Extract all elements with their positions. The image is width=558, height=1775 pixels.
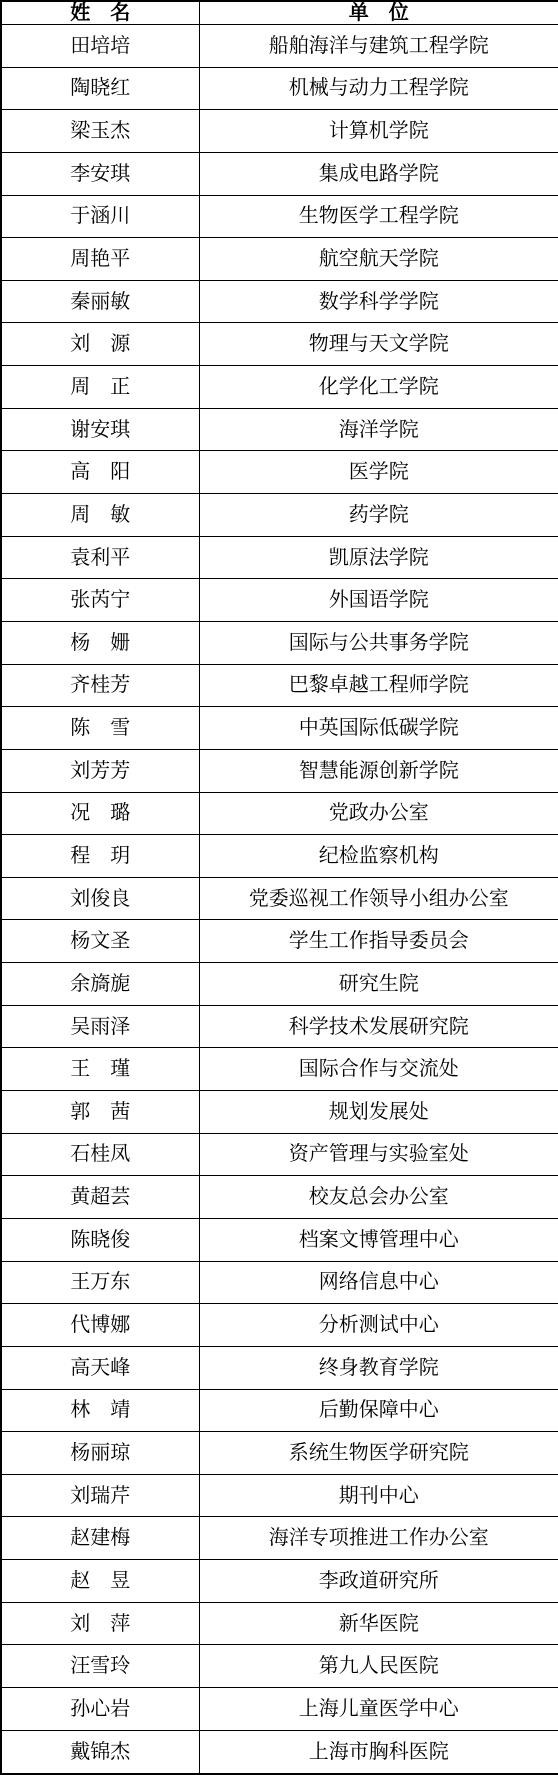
person-name: 梁玉杰 bbox=[1, 110, 199, 153]
person-unit: 分析测试中心 bbox=[199, 1304, 558, 1347]
person-unit: 李政道研究所 bbox=[199, 1560, 558, 1603]
table-row: 王万东 网络信息中心 bbox=[1, 1261, 558, 1304]
person-name: 田培培 bbox=[1, 25, 199, 68]
person-unit: 校友总会办公室 bbox=[199, 1176, 558, 1219]
table-row: 周 正 化学化工学院 bbox=[1, 366, 558, 409]
person-unit: 党委巡视工作领导小组办公室 bbox=[199, 877, 558, 920]
table-row: 汪雪玲 第九人民医院 bbox=[1, 1645, 558, 1688]
table-row: 田培培 船舶海洋与建筑工程学院 bbox=[1, 25, 558, 68]
table-row: 袁利平 凯原法学院 bbox=[1, 536, 558, 579]
person-unit: 新华医院 bbox=[199, 1602, 558, 1645]
person-unit: 资产管理与实验室处 bbox=[199, 1133, 558, 1176]
table-row: 代博娜 分析测试中心 bbox=[1, 1304, 558, 1347]
person-name: 林 靖 bbox=[1, 1389, 199, 1432]
person-name: 代博娜 bbox=[1, 1304, 199, 1347]
table-row: 刘瑞芹 期刊中心 bbox=[1, 1474, 558, 1517]
person-unit: 档案文博管理中心 bbox=[199, 1218, 558, 1261]
person-unit: 上海市胸科医院 bbox=[199, 1730, 558, 1774]
person-unit: 机械与动力工程学院 bbox=[199, 67, 558, 110]
table-row: 齐桂芳 巴黎卓越工程师学院 bbox=[1, 664, 558, 707]
table-row: 郭 茜 规划发展处 bbox=[1, 1091, 558, 1134]
person-unit: 船舶海洋与建筑工程学院 bbox=[199, 25, 558, 68]
table-row: 林 靖 后勤保障中心 bbox=[1, 1389, 558, 1432]
person-name: 高天峰 bbox=[1, 1346, 199, 1389]
person-unit: 规划发展处 bbox=[199, 1091, 558, 1134]
person-name: 周 敏 bbox=[1, 494, 199, 537]
table-row: 吴雨泽 科学技术发展研究院 bbox=[1, 1005, 558, 1048]
table-row: 陶晓红 机械与动力工程学院 bbox=[1, 67, 558, 110]
person-name: 杨丽琼 bbox=[1, 1432, 199, 1475]
person-unit: 网络信息中心 bbox=[199, 1261, 558, 1304]
person-unit: 中英国际低碳学院 bbox=[199, 707, 558, 750]
table-row: 况 璐 党政办公室 bbox=[1, 792, 558, 835]
person-unit: 药学院 bbox=[199, 494, 558, 537]
person-unit: 凯原法学院 bbox=[199, 536, 558, 579]
person-name: 杨文圣 bbox=[1, 920, 199, 963]
person-name: 刘俊良 bbox=[1, 877, 199, 920]
person-name: 吴雨泽 bbox=[1, 1005, 199, 1048]
table-row: 秦丽敏 数学科学学院 bbox=[1, 280, 558, 323]
person-name: 张芮宁 bbox=[1, 579, 199, 622]
personnel-roster-table: 姓 名 单 位 田培培 船舶海洋与建筑工程学院 陶晓红 机械与动力工程学院 梁玉… bbox=[0, 0, 558, 1775]
table-row: 孙心岩 上海儿童医学中心 bbox=[1, 1687, 558, 1730]
person-name: 杨 姗 bbox=[1, 621, 199, 664]
person-name: 高 阳 bbox=[1, 451, 199, 494]
table-row: 余旖旎 研究生院 bbox=[1, 963, 558, 1006]
table-row: 王 瑾 国际合作与交流处 bbox=[1, 1048, 558, 1091]
person-unit: 海洋学院 bbox=[199, 408, 558, 451]
person-unit: 党政办公室 bbox=[199, 792, 558, 835]
table-row: 陈 雪 中英国际低碳学院 bbox=[1, 707, 558, 750]
person-unit: 计算机学院 bbox=[199, 110, 558, 153]
table-row: 石桂凤 资产管理与实验室处 bbox=[1, 1133, 558, 1176]
person-unit: 数学科学学院 bbox=[199, 280, 558, 323]
person-name: 汪雪玲 bbox=[1, 1645, 199, 1688]
table-row: 杨 姗 国际与公共事务学院 bbox=[1, 621, 558, 664]
person-unit: 系统生物医学研究院 bbox=[199, 1432, 558, 1475]
table-row: 高天峰 终身教育学院 bbox=[1, 1346, 558, 1389]
table-row: 程 玥 纪检监察机构 bbox=[1, 835, 558, 878]
person-name: 王万东 bbox=[1, 1261, 199, 1304]
table-row: 周艳平 航空航天学院 bbox=[1, 238, 558, 281]
table-row: 刘 萍 新华医院 bbox=[1, 1602, 558, 1645]
person-unit: 物理与天文学院 bbox=[199, 323, 558, 366]
person-unit: 第九人民医院 bbox=[199, 1645, 558, 1688]
table-row: 刘芳芳 智慧能源创新学院 bbox=[1, 749, 558, 792]
table-row: 赵 昱 李政道研究所 bbox=[1, 1560, 558, 1603]
person-name: 戴锦杰 bbox=[1, 1730, 199, 1774]
person-unit: 海洋专项推进工作办公室 bbox=[199, 1517, 558, 1560]
person-unit: 巴黎卓越工程师学院 bbox=[199, 664, 558, 707]
person-name: 赵 昱 bbox=[1, 1560, 199, 1603]
person-name: 孙心岩 bbox=[1, 1687, 199, 1730]
person-name: 况 璐 bbox=[1, 792, 199, 835]
person-unit: 智慧能源创新学院 bbox=[199, 749, 558, 792]
table-row: 黄超芸 校友总会办公室 bbox=[1, 1176, 558, 1219]
person-name: 石桂凤 bbox=[1, 1133, 199, 1176]
person-name: 赵建梅 bbox=[1, 1517, 199, 1560]
table-row: 于涵川 生物医学工程学院 bbox=[1, 195, 558, 238]
person-name: 刘芳芳 bbox=[1, 749, 199, 792]
person-unit: 学生工作指导委员会 bbox=[199, 920, 558, 963]
person-name: 黄超芸 bbox=[1, 1176, 199, 1219]
person-name: 王 瑾 bbox=[1, 1048, 199, 1091]
table-row: 戴锦杰 上海市胸科医院 bbox=[1, 1730, 558, 1774]
table-row: 周 敏 药学院 bbox=[1, 494, 558, 537]
header-cell-name: 姓 名 bbox=[1, 1, 199, 25]
person-name: 陈晓俊 bbox=[1, 1218, 199, 1261]
person-unit: 生物医学工程学院 bbox=[199, 195, 558, 238]
table-row: 张芮宁 外国语学院 bbox=[1, 579, 558, 622]
person-unit: 科学技术发展研究院 bbox=[199, 1005, 558, 1048]
table-row: 杨文圣 学生工作指导委员会 bbox=[1, 920, 558, 963]
header-row: 姓 名 单 位 bbox=[1, 1, 558, 25]
person-name: 袁利平 bbox=[1, 536, 199, 579]
person-unit: 化学化工学院 bbox=[199, 366, 558, 409]
person-unit: 航空航天学院 bbox=[199, 238, 558, 281]
person-unit: 国际合作与交流处 bbox=[199, 1048, 558, 1091]
person-name: 齐桂芳 bbox=[1, 664, 199, 707]
table-row: 赵建梅 海洋专项推进工作办公室 bbox=[1, 1517, 558, 1560]
header-cell-unit: 单 位 bbox=[199, 1, 558, 25]
person-name: 周 正 bbox=[1, 366, 199, 409]
person-name: 余旖旎 bbox=[1, 963, 199, 1006]
table-row: 陈晓俊 档案文博管理中心 bbox=[1, 1218, 558, 1261]
person-unit: 医学院 bbox=[199, 451, 558, 494]
person-name: 程 玥 bbox=[1, 835, 199, 878]
person-name: 刘 源 bbox=[1, 323, 199, 366]
table-body: 田培培 船舶海洋与建筑工程学院 陶晓红 机械与动力工程学院 梁玉杰 计算机学院 … bbox=[1, 25, 558, 1775]
person-name: 陈 雪 bbox=[1, 707, 199, 750]
person-unit: 终身教育学院 bbox=[199, 1346, 558, 1389]
table-header: 姓 名 单 位 bbox=[1, 1, 558, 25]
table-row: 高 阳 医学院 bbox=[1, 451, 558, 494]
table-row: 李安琪 集成电路学院 bbox=[1, 152, 558, 195]
person-name: 秦丽敏 bbox=[1, 280, 199, 323]
person-unit: 纪检监察机构 bbox=[199, 835, 558, 878]
table-row: 杨丽琼 系统生物医学研究院 bbox=[1, 1432, 558, 1475]
person-name: 陶晓红 bbox=[1, 67, 199, 110]
person-name: 刘 萍 bbox=[1, 1602, 199, 1645]
person-unit: 集成电路学院 bbox=[199, 152, 558, 195]
person-name: 李安琪 bbox=[1, 152, 199, 195]
person-name: 谢安琪 bbox=[1, 408, 199, 451]
table-row: 谢安琪 海洋学院 bbox=[1, 408, 558, 451]
person-unit: 研究生院 bbox=[199, 963, 558, 1006]
person-unit: 后勤保障中心 bbox=[199, 1389, 558, 1432]
table-row: 刘 源 物理与天文学院 bbox=[1, 323, 558, 366]
person-unit: 期刊中心 bbox=[199, 1474, 558, 1517]
table-row: 刘俊良 党委巡视工作领导小组办公室 bbox=[1, 877, 558, 920]
person-name: 周艳平 bbox=[1, 238, 199, 281]
table-row: 梁玉杰 计算机学院 bbox=[1, 110, 558, 153]
person-name: 刘瑞芹 bbox=[1, 1474, 199, 1517]
person-unit: 上海儿童医学中心 bbox=[199, 1687, 558, 1730]
person-unit: 国际与公共事务学院 bbox=[199, 621, 558, 664]
person-unit: 外国语学院 bbox=[199, 579, 558, 622]
person-name: 郭 茜 bbox=[1, 1091, 199, 1134]
person-name: 于涵川 bbox=[1, 195, 199, 238]
